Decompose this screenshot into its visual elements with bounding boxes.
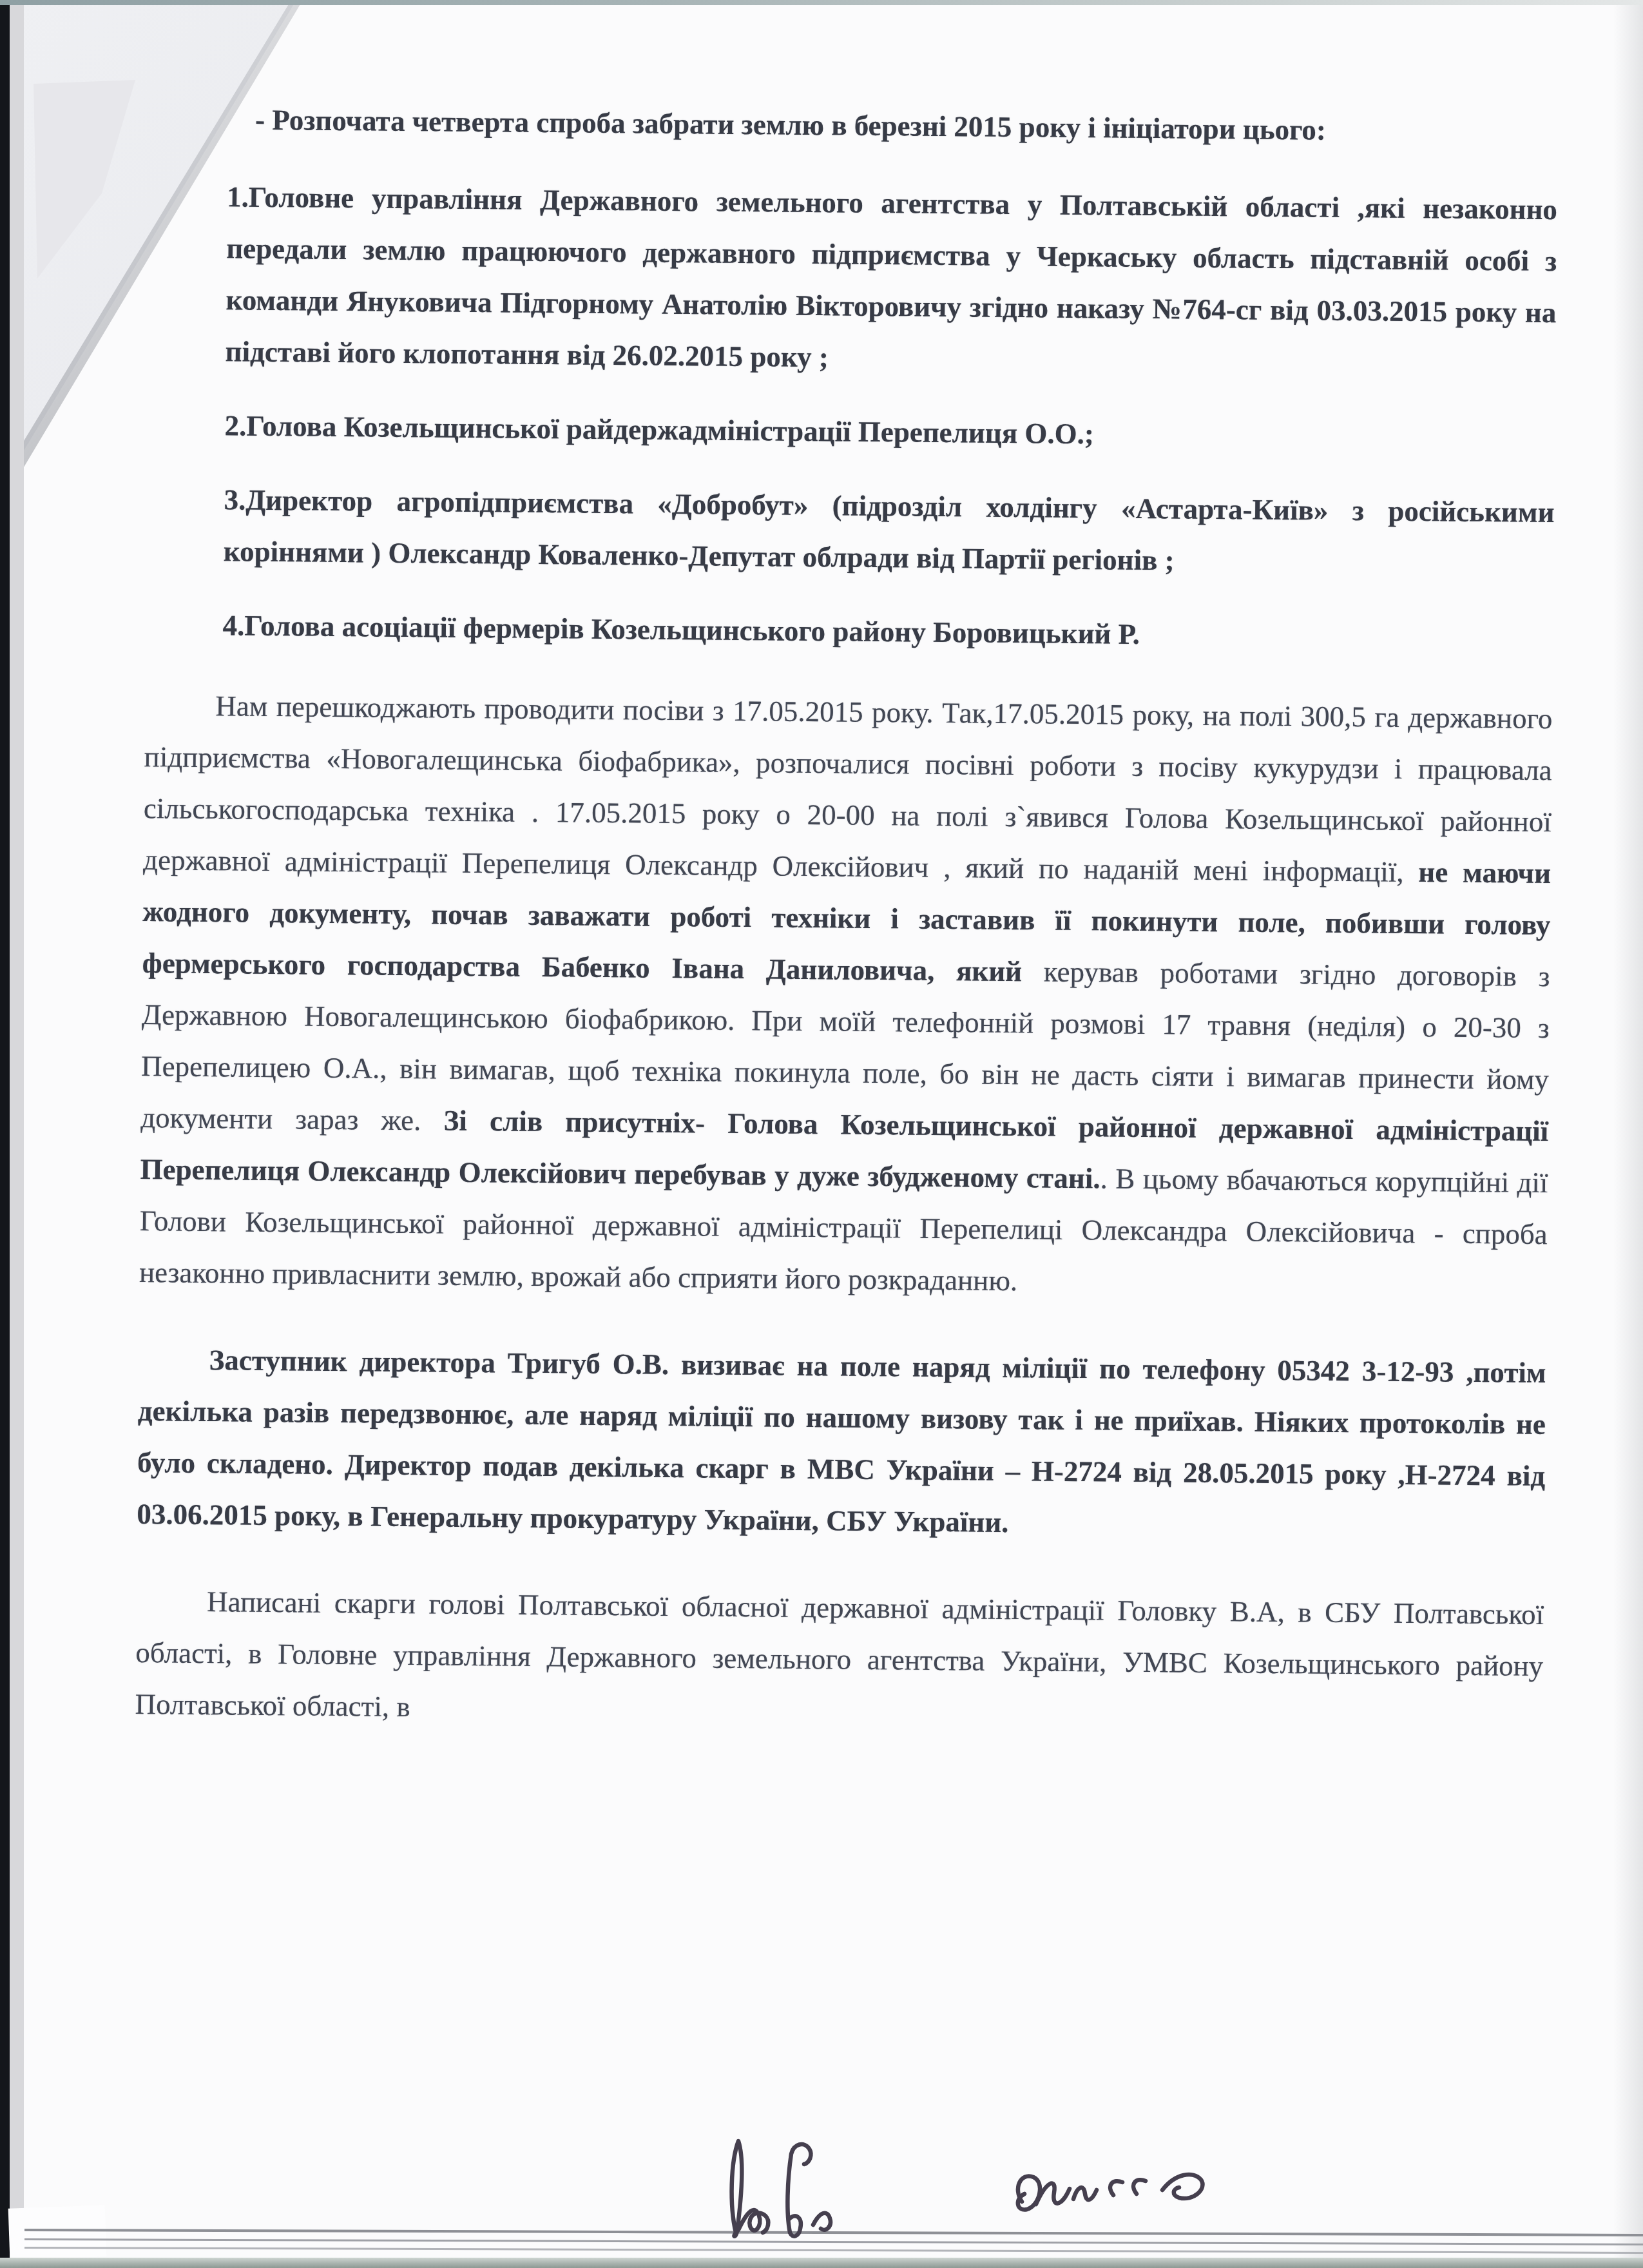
- list-item-2: 2.Голова Козельщинської райдержадміністр…: [224, 400, 1555, 464]
- page-stack-edge-3: [24, 2247, 1643, 2254]
- scanner-edge-bottom: [0, 2258, 1643, 2268]
- list-item-1: 1.Головне управління Державного земельно…: [225, 171, 1557, 390]
- document-text-block: - Розпочата четверта спроба забрати земл…: [0, 0, 1643, 1744]
- list-item-3: 3.Директор агропідприємства «Добробут» (…: [223, 474, 1554, 590]
- main-paragraph: Нам перешкоджають проводити посіви з 17.…: [139, 679, 1553, 1312]
- page-stack-corner: [8, 2205, 107, 2260]
- page-heading: - Розпочата четверта спроба забрати земл…: [295, 94, 1559, 158]
- list-item-4: 4.Голова асоціації фермерів Козельщинськ…: [222, 599, 1553, 664]
- complaints-paragraph: Написані скарги голові Полтавської облас…: [135, 1575, 1544, 1743]
- signature-left-ink: [716, 2135, 929, 2247]
- run-regular: Нам перешкоджають проводити посіви з 17.…: [143, 690, 1553, 888]
- militia-paragraph: Заступник директора Тригуб О.В. визиває …: [137, 1333, 1546, 1553]
- signature-right-ink: [1000, 2160, 1238, 2234]
